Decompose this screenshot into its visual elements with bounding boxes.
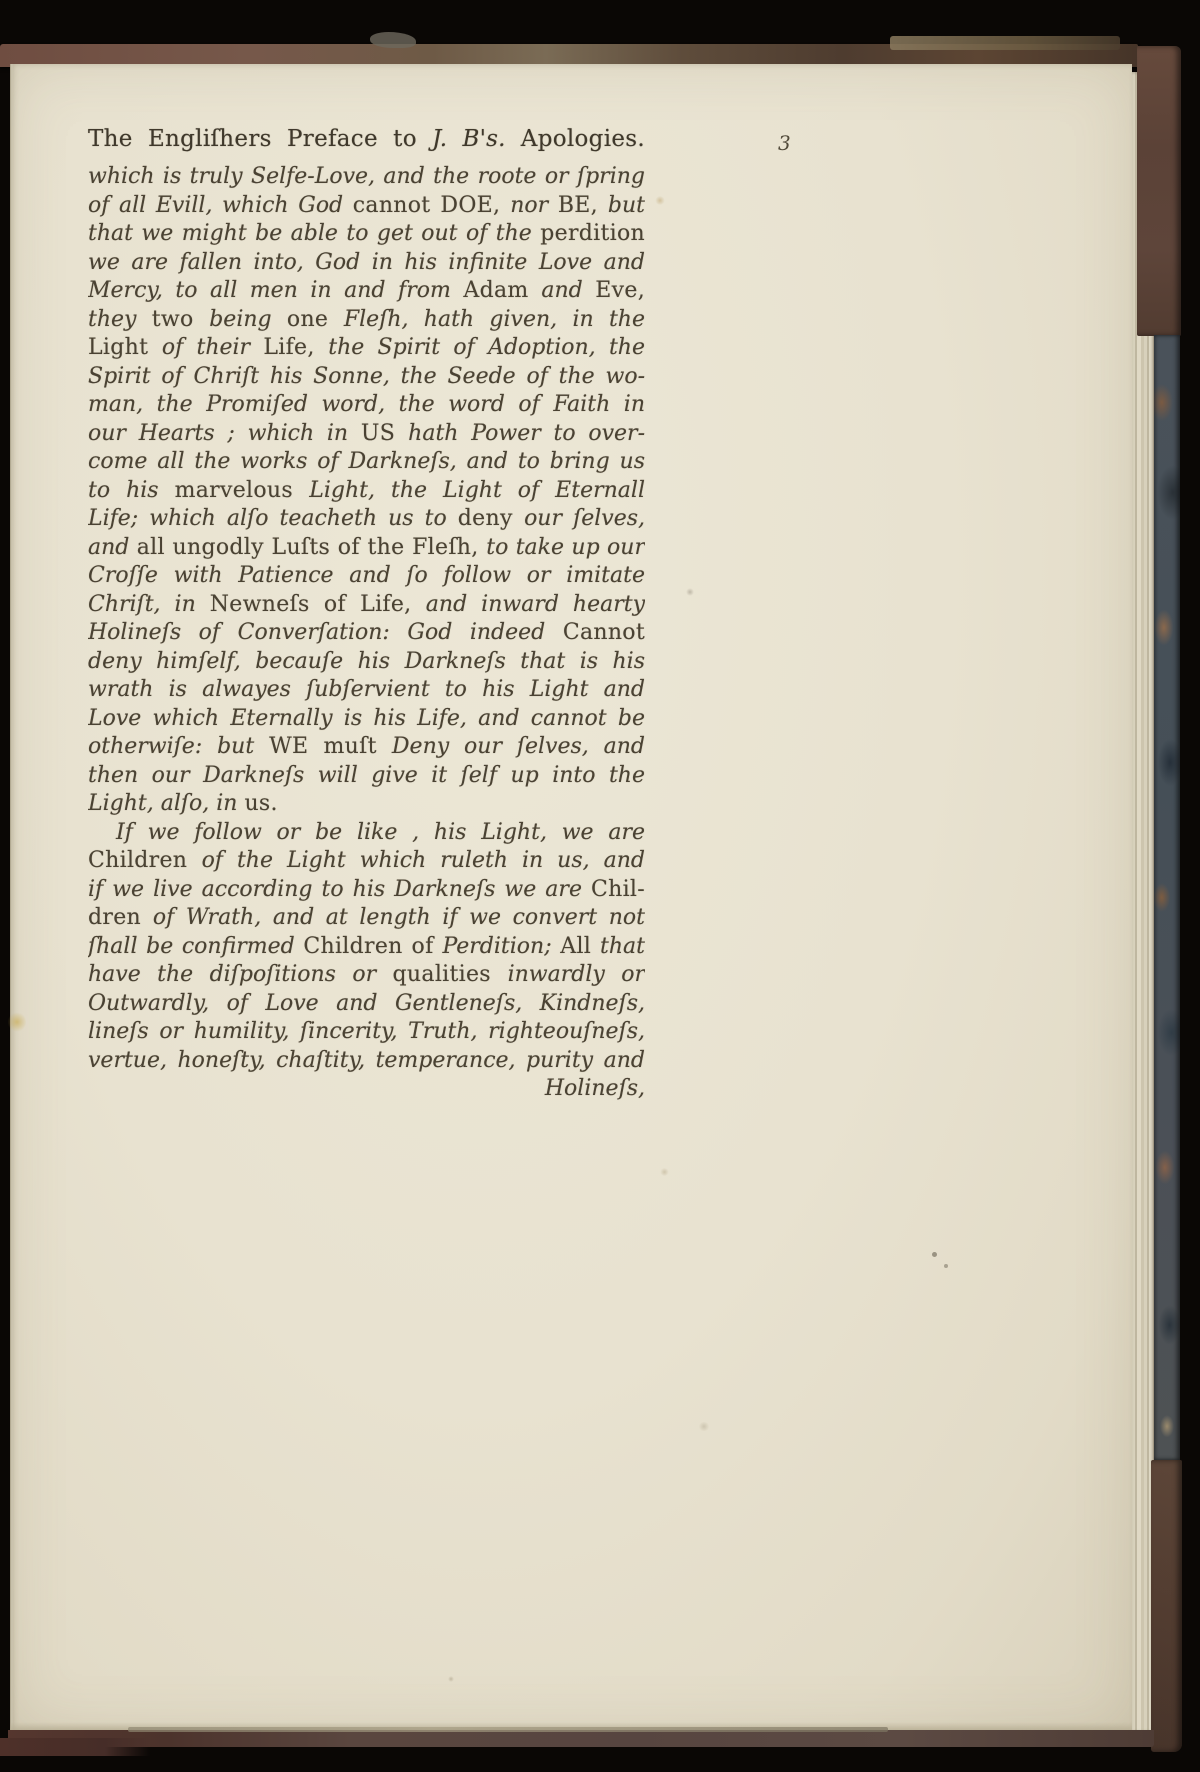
- roman-text: Children: [88, 848, 202, 873]
- roman-text: BE,: [558, 193, 608, 218]
- italic-text: our Hearts ; which in: [88, 421, 361, 446]
- roman-text: Eve,: [595, 278, 645, 303]
- text-line: otherwiſe: but WE muſt Deny our ſelves, …: [88, 733, 645, 762]
- roman-text: WE muſt: [269, 734, 392, 759]
- text-line: which is truly Selfe-Love, and the roote…: [88, 163, 645, 192]
- text-line: we are fallen into, God in his infinite …: [88, 249, 645, 278]
- text-line: have the diſpoſitions or qualities inwar…: [88, 961, 645, 990]
- page-number: 3: [778, 131, 791, 155]
- italic-text: that we might be able to get out of the: [88, 221, 540, 246]
- roman-text: marvelous: [175, 478, 310, 503]
- italic-text: ſhall be confirmed: [88, 934, 303, 959]
- text-line: Light of their Life, the Spirit of Adopt…: [88, 334, 645, 363]
- italic-text: J. B's.: [432, 126, 521, 152]
- foxing-spot: [655, 196, 665, 205]
- italic-text: we are fallen into, God in his infinite …: [88, 250, 645, 275]
- text-line: and all ungodly Luſts of the Fleſh, to t…: [88, 534, 645, 563]
- cover-strip: [1154, 46, 1180, 1752]
- ink-speck: [944, 1264, 948, 1268]
- italic-text: hath Power to over-: [408, 421, 645, 446]
- book-page: The Engliſhers Preface to J. B's. Apolog…: [10, 64, 1132, 1732]
- italic-text: that: [600, 934, 645, 959]
- italic-text: Holineſs,: [545, 1076, 645, 1101]
- roman-text: Newneſs of Life,: [210, 592, 426, 617]
- text-line: deny himſelf, becauſe his Darkneſs that …: [88, 648, 645, 677]
- text-block: which is truly Selfe-Love, and the roote…: [88, 163, 645, 1104]
- roman-text: Light: [88, 335, 162, 360]
- binding-leather-top: [1137, 46, 1181, 336]
- italic-text: Holineſs of Converſation: God indeed: [88, 620, 563, 645]
- text-line: man, the Promiſed word, the word of Fait…: [88, 391, 645, 420]
- italic-text: Perdition;: [442, 934, 560, 959]
- italic-text: man, the Promiſed word, the word of Fait…: [88, 392, 645, 417]
- roman-text: All: [560, 934, 600, 959]
- italic-text: being: [209, 307, 287, 332]
- roman-text: Children of: [303, 934, 442, 959]
- italic-text: to his: [88, 478, 175, 503]
- italic-text: Outwardly, of Love and Gentleneſs, Kindn…: [88, 991, 645, 1019]
- text-line: that we might be able to get out of the …: [88, 220, 645, 249]
- text-line: Outwardly, of Love and Gentleneſs, Kindn…: [88, 990, 645, 1019]
- roman-text: all ungodly Luſts of the Fleſh,: [137, 535, 486, 560]
- text-line: Holineſs of Converſation: God indeed Can…: [88, 619, 645, 648]
- bottom-edge-highlight: [128, 1727, 888, 1732]
- text-line: if we live according to his Darkneſs we …: [88, 876, 645, 905]
- text-line: ſhall be confirmed Children of Perdition…: [88, 933, 645, 962]
- italic-text: Light, alſo, in: [88, 791, 244, 816]
- italic-text: of their: [162, 335, 264, 360]
- roman-text: The Engliſhers Preface to: [88, 126, 432, 152]
- italic-text: of all Evill, which God: [88, 193, 353, 218]
- text-line: Light, alſo, in us.: [88, 790, 645, 819]
- roman-text: Adam: [463, 278, 541, 303]
- binding-wear-patch: [890, 36, 1120, 50]
- italic-text: Mercy, to all men in and from: [88, 278, 463, 303]
- roman-text: dren: [88, 905, 153, 930]
- binding-wear-patch: [370, 32, 416, 48]
- italic-text: Chriſt, in: [88, 592, 210, 617]
- text-line: Love which Eternally is his Life, and ca…: [88, 705, 645, 734]
- text-line: come all the works of Darkneſs, and to b…: [88, 448, 645, 477]
- italic-text: otherwiſe: but: [88, 734, 269, 759]
- roman-text: Chil-: [591, 877, 645, 902]
- marbled-cover: [1154, 335, 1180, 1460]
- text-line: our Hearts ; which in US hath Power to o…: [88, 420, 645, 449]
- text-line: wrath is alwayes ſubſervient to his Ligh…: [88, 676, 645, 705]
- italic-text: Spirit of Chriſt his Sonne, the Seede of…: [88, 364, 645, 389]
- italic-text: If we follow or be like , his Light, we …: [116, 820, 645, 845]
- text-line: If we follow or be like , his Light, we …: [88, 819, 645, 848]
- roman-text: Apologies.: [521, 126, 645, 152]
- text-line: Mercy, to all men in and from Adam and E…: [88, 277, 645, 306]
- foxing-spot: [448, 1676, 454, 1682]
- foxing-spot: [686, 588, 694, 596]
- roman-text: us.: [244, 791, 277, 816]
- italic-text: Light, the Light of Eternall: [309, 478, 645, 503]
- foxing-spot: [660, 1168, 669, 1176]
- italic-text: deny himſelf, becauſe his Darkneſs that …: [88, 649, 645, 674]
- italic-text: Love which Eternally is his Life, and ca…: [88, 706, 645, 731]
- italic-text: but: [608, 193, 645, 218]
- foxing-spot: [698, 1422, 710, 1431]
- roman-text: deny: [458, 506, 524, 531]
- roman-text: qualities: [393, 962, 508, 987]
- text-line: vertue, honeſty, chaſtity, temperance, p…: [88, 1047, 645, 1076]
- ink-speck: [932, 1252, 937, 1257]
- italic-text: of the Light which ruleth in us, and: [202, 848, 645, 873]
- binding-leather-bottom: [1151, 1460, 1182, 1752]
- italic-text: our ſelves,: [524, 506, 645, 531]
- italic-text: nor: [510, 193, 558, 218]
- text-line: Croſſe with Patience and ſo follow or im…: [88, 562, 645, 591]
- roman-text: perdition: [540, 221, 645, 246]
- roman-text: one: [287, 307, 344, 332]
- italic-text: inwardly or: [508, 962, 645, 987]
- text-line: Holineſs,: [88, 1075, 645, 1104]
- italic-text: have the diſpoſitions or: [88, 962, 393, 987]
- roman-text: US: [361, 421, 408, 446]
- italic-text: of Wrath, and at length if we convert no…: [153, 905, 645, 930]
- text-line: Children of the Light which ruleth in us…: [88, 847, 645, 876]
- text-line: Life; which alſo teacheth us to deny our…: [88, 505, 645, 534]
- italic-text: wrath is alwayes ſubſervient to his Ligh…: [88, 677, 645, 702]
- text-line: Chriſt, in Newneſs of Life, and inward h…: [88, 591, 645, 620]
- text-line: to his marvelous Light, the Light of Ete…: [88, 477, 645, 506]
- italic-text: which is truly Selfe-Love, and the roote…: [88, 164, 645, 189]
- italic-text: and: [541, 278, 595, 303]
- italic-text: the Spirit of Adoption, the: [328, 335, 645, 360]
- italic-text: Deny our ſelves, and: [392, 734, 645, 759]
- italic-text: then our Darkneſs will give it ſelf up i…: [88, 763, 645, 788]
- page-header: The Engliſhers Preface to J. B's. Apolog…: [88, 122, 808, 158]
- text-line: they two being one Fleſh, hath given, in…: [88, 306, 645, 335]
- roman-text: cannot DOE,: [353, 193, 510, 218]
- text-line: Spirit of Chriſt his Sonne, the Seede of…: [88, 363, 645, 392]
- roman-text: Cannot: [563, 620, 645, 645]
- italic-text: Fleſh, hath given, in the: [344, 307, 645, 332]
- italic-text: and inward hearty: [426, 592, 645, 617]
- italic-text: and: [88, 535, 137, 560]
- italic-text: vertue, honeſty, chaſtity, temperance, p…: [88, 1048, 645, 1073]
- italic-text: to take up our: [486, 535, 645, 560]
- binding-bottom-edge: [8, 1730, 1154, 1747]
- italic-text: they: [88, 307, 152, 332]
- text-line: lineſs or humility, ſincerity, Truth, ri…: [88, 1018, 645, 1047]
- italic-text: if we live according to his Darkneſs we …: [88, 877, 591, 902]
- foxing-spot: [8, 1012, 26, 1032]
- italic-text: come all the works of Darkneſs, and to b…: [88, 449, 645, 474]
- italic-text: lineſs or humility, ſincerity, Truth, ri…: [88, 1019, 645, 1044]
- roman-text: Life,: [263, 335, 328, 360]
- binding-bottom-left: [0, 1738, 150, 1756]
- roman-text: two: [152, 307, 209, 332]
- page-heading: The Engliſhers Preface to J. B's. Apolog…: [88, 122, 645, 156]
- italic-text: Life; which alſo teacheth us to: [88, 506, 458, 531]
- text-line: dren of Wrath, and at length if we conve…: [88, 904, 645, 933]
- italic-text: Croſſe with Patience and ſo follow or im…: [88, 563, 645, 588]
- text-line: of all Evill, which God cannot DOE, nor …: [88, 192, 645, 221]
- text-line: then our Darkneſs will give it ſelf up i…: [88, 762, 645, 791]
